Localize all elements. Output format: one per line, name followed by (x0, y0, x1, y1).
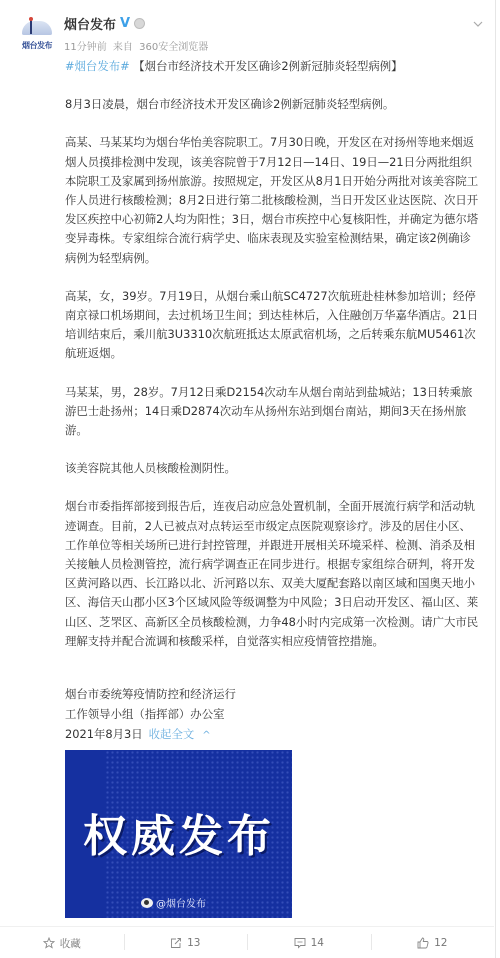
repost-count: 13 (187, 937, 200, 949)
signature: 烟台市委统筹疫情防控和经济运行 工作领导小组（指挥部）办公室 2021年8月3日… (65, 684, 236, 746)
post-body: #烟台发布# 【烟台市经济技术开发区确诊2例新冠肺炎轻型病例】 8月3日凌晨，烟… (65, 57, 480, 651)
like-button[interactable]: 12 (371, 928, 495, 958)
favorite-button[interactable]: 收藏 (0, 928, 124, 958)
weibo-logo-icon (141, 898, 153, 908)
author-row: 烟台发布 V (64, 14, 145, 32)
paragraph: 马某某，男，28岁。7月12日乘D2154次动车从烟台南站到盐城站；13日转乘旅… (65, 383, 480, 441)
thumbs-up-icon (417, 937, 429, 949)
comment-count: 14 (311, 937, 324, 949)
chevron-down-icon[interactable] (472, 18, 484, 30)
star-icon (43, 937, 55, 949)
source-prefix: 来自 (113, 42, 133, 53)
like-count: 12 (434, 937, 447, 949)
paragraph: 烟台市委指挥部接到报告后，连夜启动应急处置机制，全面开展流行病学和活动轨迹调查。… (65, 497, 480, 651)
medal-icon (134, 18, 145, 29)
post-time[interactable]: 11分钟前 (64, 42, 107, 53)
comment-button[interactable]: 14 (247, 928, 371, 958)
paragraph: 高某，女，39岁。7月19日，从烟台乘山航SC4727次航班赴桂林参加培训；经停… (65, 287, 480, 364)
post-meta: 11分钟前 来自 360安全浏览器 (64, 38, 211, 53)
favorite-label: 收藏 (60, 936, 81, 951)
signature-date: 2021年8月3日 (65, 727, 143, 741)
comment-icon (294, 937, 306, 949)
signature-line1: 烟台市委统筹疫情防控和经济运行 (65, 684, 236, 704)
scrollbar-track (495, 0, 496, 958)
headline-line: #烟台发布# 【烟台市经济技术开发区确诊2例新冠肺炎轻型病例】 (65, 57, 480, 76)
repost-button[interactable]: 13 (124, 928, 248, 958)
divider (0, 926, 494, 927)
avatar-tower (30, 20, 32, 34)
repost-icon (170, 937, 182, 949)
post-source: 360安全浏览器 (139, 42, 208, 53)
topic-link[interactable]: #烟台发布# (65, 59, 130, 73)
chevron-up-icon[interactable]: ^ (202, 730, 210, 741)
watermark-text: @烟台发布 (156, 895, 206, 910)
collapse-full-text-link[interactable]: 收起全文 (149, 727, 195, 741)
signature-date-row: 2021年8月3日收起全文^ (65, 724, 236, 746)
paragraph: 高某、马某某均为烟台华怡美容院职工。7月30日晚，开发区在对扬州等地来烟返烟人员… (65, 133, 480, 267)
paragraph: 该美容院其他人员核酸检测阴性。 (65, 459, 480, 478)
image-headline: 权威发布 (83, 800, 275, 864)
avatar[interactable]: 烟台发布 (18, 14, 56, 52)
verified-icon: V (120, 16, 130, 31)
post-headline: 【烟台市经济技术开发区确诊2例新冠肺炎轻型病例】 (133, 59, 402, 73)
signature-line2: 工作领导小组（指挥部）办公室 (65, 704, 236, 724)
post-image[interactable]: 权威发布 @烟台发布 (65, 750, 292, 918)
avatar-label: 烟台发布 (18, 40, 56, 51)
avatar-flame (29, 17, 33, 21)
paragraph: 8月3日凌晨，烟台市经济技术开发区确诊2例新冠肺炎轻型病例。 (65, 95, 480, 114)
action-bar: 收藏 13 14 12 (0, 928, 494, 958)
post-header: 烟台发布 烟台发布 V 11分钟前 来自 360安全浏览器 (18, 14, 488, 54)
image-watermark: @烟台发布 (141, 895, 206, 910)
author-name[interactable]: 烟台发布 (64, 14, 116, 33)
avatar-sky (22, 21, 52, 35)
